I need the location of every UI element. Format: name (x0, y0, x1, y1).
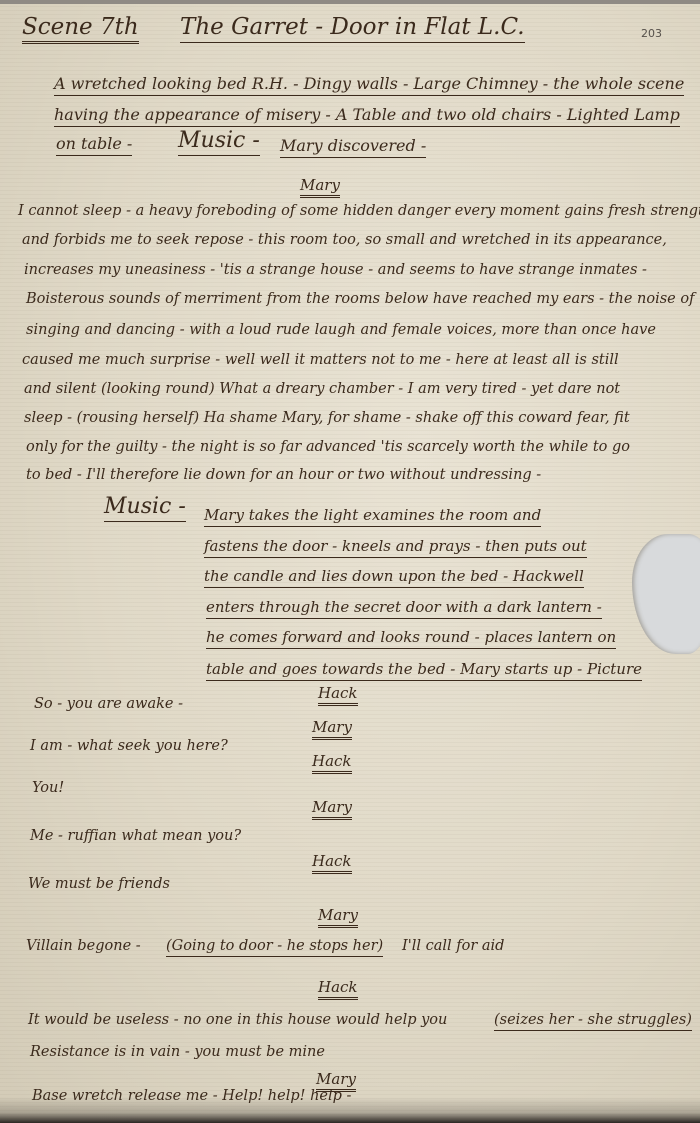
speech-line: Boisterous sounds of merriment from the … (26, 291, 694, 307)
dialogue-line: So - you are awake - (34, 696, 183, 712)
dialogue-line: It would be useless - no one in this hou… (28, 1012, 447, 1028)
opening-music-label: Music - (178, 128, 260, 156)
stage-direction: (seizes her - she struggles) (494, 1012, 692, 1031)
speaker-mary: Mary (312, 798, 352, 820)
music-cue-line: Mary takes the light examines the room a… (204, 506, 541, 527)
music-cue-line: he comes forward and looks round - place… (206, 628, 616, 649)
speech-line: sleep - (rousing herself) Ha shame Mary,… (24, 410, 630, 426)
speaker-hack: Hack (318, 684, 358, 706)
music-cue-line: the candle and lies down upon the bed - … (204, 567, 584, 588)
page-number: 203 (641, 27, 662, 40)
speaker-mary: Mary (312, 718, 352, 740)
speaker-hack: Hack (312, 752, 352, 774)
speaker-mary: Mary (318, 906, 358, 928)
opening-action: Mary discovered - (280, 136, 426, 158)
dialogue-line: We must be friends (28, 876, 170, 892)
dialogue-line: I'll call for aid (402, 938, 504, 954)
page-bottom-edge (0, 1097, 700, 1123)
speech-line: and forbids me to seek repose - this roo… (22, 232, 667, 248)
music-cue-line: table and goes towards the bed - Mary st… (206, 660, 642, 681)
speech-line: I cannot sleep - a heavy foreboding of s… (18, 203, 700, 219)
speech-line: and silent (looking round) What a dreary… (24, 381, 620, 397)
scene-label: Scene 7th (22, 14, 139, 44)
dialogue-line: You! (32, 780, 64, 796)
music-cue-line: enters through the secret door with a da… (206, 598, 602, 619)
speech-line: only for the guilty - the night is so fa… (26, 439, 630, 455)
dialogue-line: Villain begone - (26, 938, 141, 954)
speaker-hack: Hack (312, 852, 352, 874)
speaker-hack: Hack (318, 978, 358, 1000)
speaker-mary: Mary (300, 176, 340, 198)
speech-line: caused me much surprise - well well it m… (22, 352, 619, 368)
setting-line-2: having the appearance of misery - A Tabl… (54, 105, 680, 127)
setting-line-3: on table - (56, 134, 132, 156)
manuscript-page: 203 Scene 7th The Garret - Door in Flat … (0, 0, 700, 1123)
dialogue-line: Me - ruffian what mean you? (30, 828, 241, 844)
dialogue-line: Resistance is in vain - you must be mine (30, 1044, 325, 1060)
speech-line: singing and dancing - with a loud rude l… (26, 322, 656, 338)
music-cue-line: fastens the door - kneels and prays - th… (204, 537, 587, 558)
torn-paper-hole (632, 534, 700, 654)
dialogue-line: I am - what seek you here? (30, 738, 228, 754)
page-top-edge (0, 0, 700, 4)
setting-line-1: A wretched looking bed R.H. - Dingy wall… (54, 74, 684, 96)
scene-place: The Garret - Door in Flat L.C. (180, 14, 525, 43)
speech-line: increases my uneasiness - 'tis a strange… (24, 262, 647, 278)
stage-direction: (Going to door - he stops her) (166, 938, 383, 957)
speech-line: to bed - I'll therefore lie down for an … (26, 467, 541, 483)
music-cue-label: Music - (104, 494, 186, 522)
